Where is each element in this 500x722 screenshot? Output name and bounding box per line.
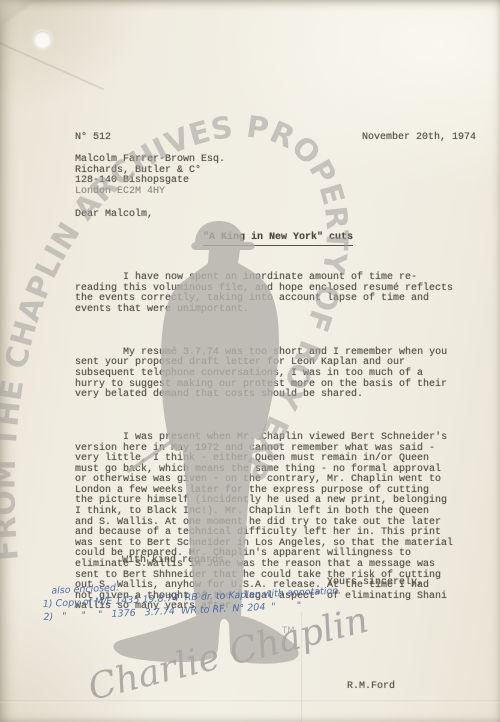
subject-line: "A King in New York" cuts: [203, 233, 353, 246]
recipient-firm: Richards, Butler & C°: [75, 165, 201, 176]
scanned-letter-page: N° 512 November 20th, 1974 Malcolm Farre…: [0, 0, 500, 722]
salutation: Dear Malcolm,: [75, 210, 153, 221]
recipient-city: London EC2M 4HY: [75, 187, 165, 198]
recipient-street: 128-140 Bishopsgate: [75, 175, 189, 186]
paper-crease-horizontal: [0, 700, 500, 703]
closing-regards: With kind regards,: [122, 556, 230, 567]
punch-hole: [34, 31, 51, 48]
reference-number: N° 512: [75, 133, 111, 144]
typed-signature-name: R.M.Ford: [347, 682, 395, 693]
recipient-name: Malcolm Farrer-Brown Esq.: [75, 154, 225, 165]
body-paragraph-1: I have now spent an inordinate amount of…: [75, 273, 457, 315]
letter-date: November 20th, 1974: [362, 133, 476, 144]
recipient-address: Malcolm Farrer-Brown Esq. Richards, Butl…: [75, 155, 225, 187]
body-paragraph-2: My resumé 3.7.74 was too short and I rem…: [75, 348, 457, 401]
